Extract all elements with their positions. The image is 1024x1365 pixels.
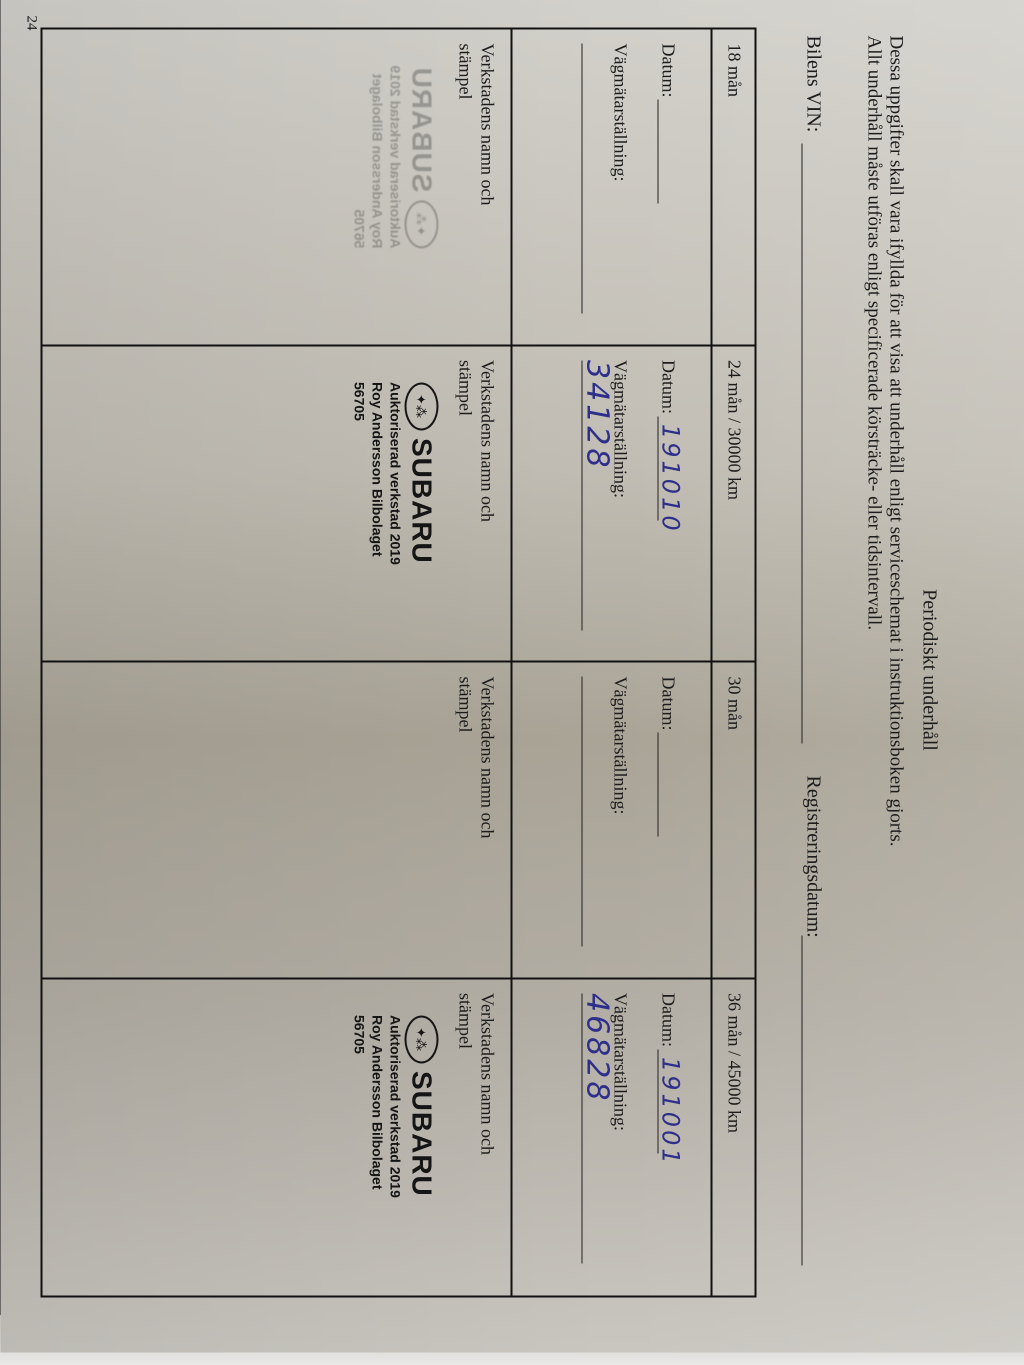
vin-label: Bilens VIN: bbox=[802, 36, 825, 133]
date-label: Datum: bbox=[658, 44, 679, 98]
service-entry-18: Datum: Vägmätarställning: bbox=[511, 30, 711, 347]
interval-header-24: 24 mån / 30000 km bbox=[711, 346, 755, 663]
workshop-label: Verkstadens namn och bbox=[477, 677, 499, 839]
service-entry-30: Datum: Vägmätarställning: bbox=[511, 663, 711, 980]
stamp-line-2: Roy Andersson Bilbolaget bbox=[369, 382, 387, 565]
page-title: Periodiskt underhåll bbox=[918, 0, 941, 1353]
faded-stamp-offset: ✦⁂ SUBARU Auktoriserad verkstad 2019 Roy… bbox=[351, 66, 439, 249]
stamp-line-3: 56705 bbox=[351, 1015, 369, 1198]
page-number: 24 bbox=[23, 16, 40, 31]
odometer-field[interactable] bbox=[582, 44, 583, 314]
stamp-brand: SUBARU bbox=[406, 1071, 438, 1197]
service-entry-24: Datum: 191010 Vägmätarställning: 34128 bbox=[511, 346, 711, 663]
workshop-stamp-24: Verkstadens namn och stämpel ✦⁂ SUBARU A… bbox=[43, 346, 511, 663]
workshop-label: Verkstadens namn och bbox=[477, 360, 499, 522]
registration-date-label: Registreringsdatum: bbox=[802, 776, 825, 938]
stamp-line-1: Auktoriserad verkstad 2019 bbox=[387, 1015, 405, 1198]
interval-header-36: 36 mån / 45000 km bbox=[711, 979, 755, 1296]
stamp-line-1: Auktoriserad verkstad 2019 bbox=[387, 382, 405, 565]
registration-date-field[interactable] bbox=[802, 936, 803, 1266]
subaru-logo-icon: ✦⁂ bbox=[405, 382, 439, 430]
service-booklet-page: Periodiskt underhåll Dessa uppgifter ska… bbox=[1, 0, 1024, 1353]
interval-header-18: 18 mån bbox=[711, 30, 755, 347]
odometer-label: Vägmätarställning: bbox=[610, 677, 631, 815]
vin-field[interactable] bbox=[802, 144, 803, 744]
date-label: Datum: bbox=[658, 993, 679, 1047]
workshop-label-2: stämpel bbox=[455, 44, 477, 206]
subaru-workshop-stamp: ✦⁂ SUBARU Auktoriserad verkstad 2019 Roy… bbox=[351, 1015, 439, 1198]
odometer-field[interactable] bbox=[582, 677, 583, 947]
service-table: 18 mån 24 mån / 30000 km 30 mån 36 mån /… bbox=[41, 28, 757, 1298]
date-label: Datum: bbox=[658, 677, 679, 731]
handwritten-date: 191010 bbox=[657, 424, 685, 534]
odometer-field[interactable] bbox=[582, 993, 583, 1263]
intro-line-2: Allt underhåll måste utföras enligt spec… bbox=[863, 36, 885, 847]
interval-header-30: 30 mån bbox=[711, 663, 755, 980]
intro-text: Dessa uppgifter skall vara ifyllda för a… bbox=[863, 36, 907, 847]
subaru-logo-icon: ✦⁂ bbox=[405, 200, 439, 248]
workshop-label-2: stämpel bbox=[455, 677, 477, 839]
handwritten-date: 191001 bbox=[657, 1057, 685, 1167]
stamp-line-3: 56705 bbox=[351, 382, 369, 565]
date-label: Datum: bbox=[658, 360, 679, 414]
workshop-label: Verkstadens namn och bbox=[477, 44, 499, 206]
workshop-stamp-30: Verkstadens namn och stämpel bbox=[43, 663, 511, 980]
stamp-line-2: Roy Andersson Bilbolaget bbox=[369, 1015, 387, 1198]
odometer-label: Vägmätarställning: bbox=[610, 44, 631, 182]
workshop-stamp-36: Verkstadens namn och stämpel ✦⁂ SUBARU A… bbox=[43, 979, 511, 1296]
intro-line-1: Dessa uppgifter skall vara ifyllda för a… bbox=[885, 36, 907, 847]
handwritten-odometer: 34128 bbox=[580, 360, 615, 470]
workshop-stamp-18: Verkstadens namn och stämpel ✦⁂ SUBARU A… bbox=[43, 30, 511, 347]
stamp-brand: SUBARU bbox=[406, 438, 438, 564]
workshop-label-2: stämpel bbox=[455, 360, 477, 522]
workshop-label-2: stämpel bbox=[455, 993, 477, 1155]
odometer-field[interactable] bbox=[582, 360, 583, 630]
service-entry-36: Datum: 191001 Vägmätarställning: 46828 bbox=[511, 979, 711, 1296]
date-field[interactable] bbox=[658, 733, 659, 837]
subaru-workshop-stamp: ✦⁂ SUBARU Auktoriserad verkstad 2019 Roy… bbox=[351, 382, 439, 565]
date-field[interactable] bbox=[658, 100, 659, 204]
handwritten-odometer: 46828 bbox=[580, 993, 615, 1103]
workshop-label: Verkstadens namn och bbox=[477, 993, 499, 1155]
subaru-logo-icon: ✦⁂ bbox=[405, 1015, 439, 1063]
